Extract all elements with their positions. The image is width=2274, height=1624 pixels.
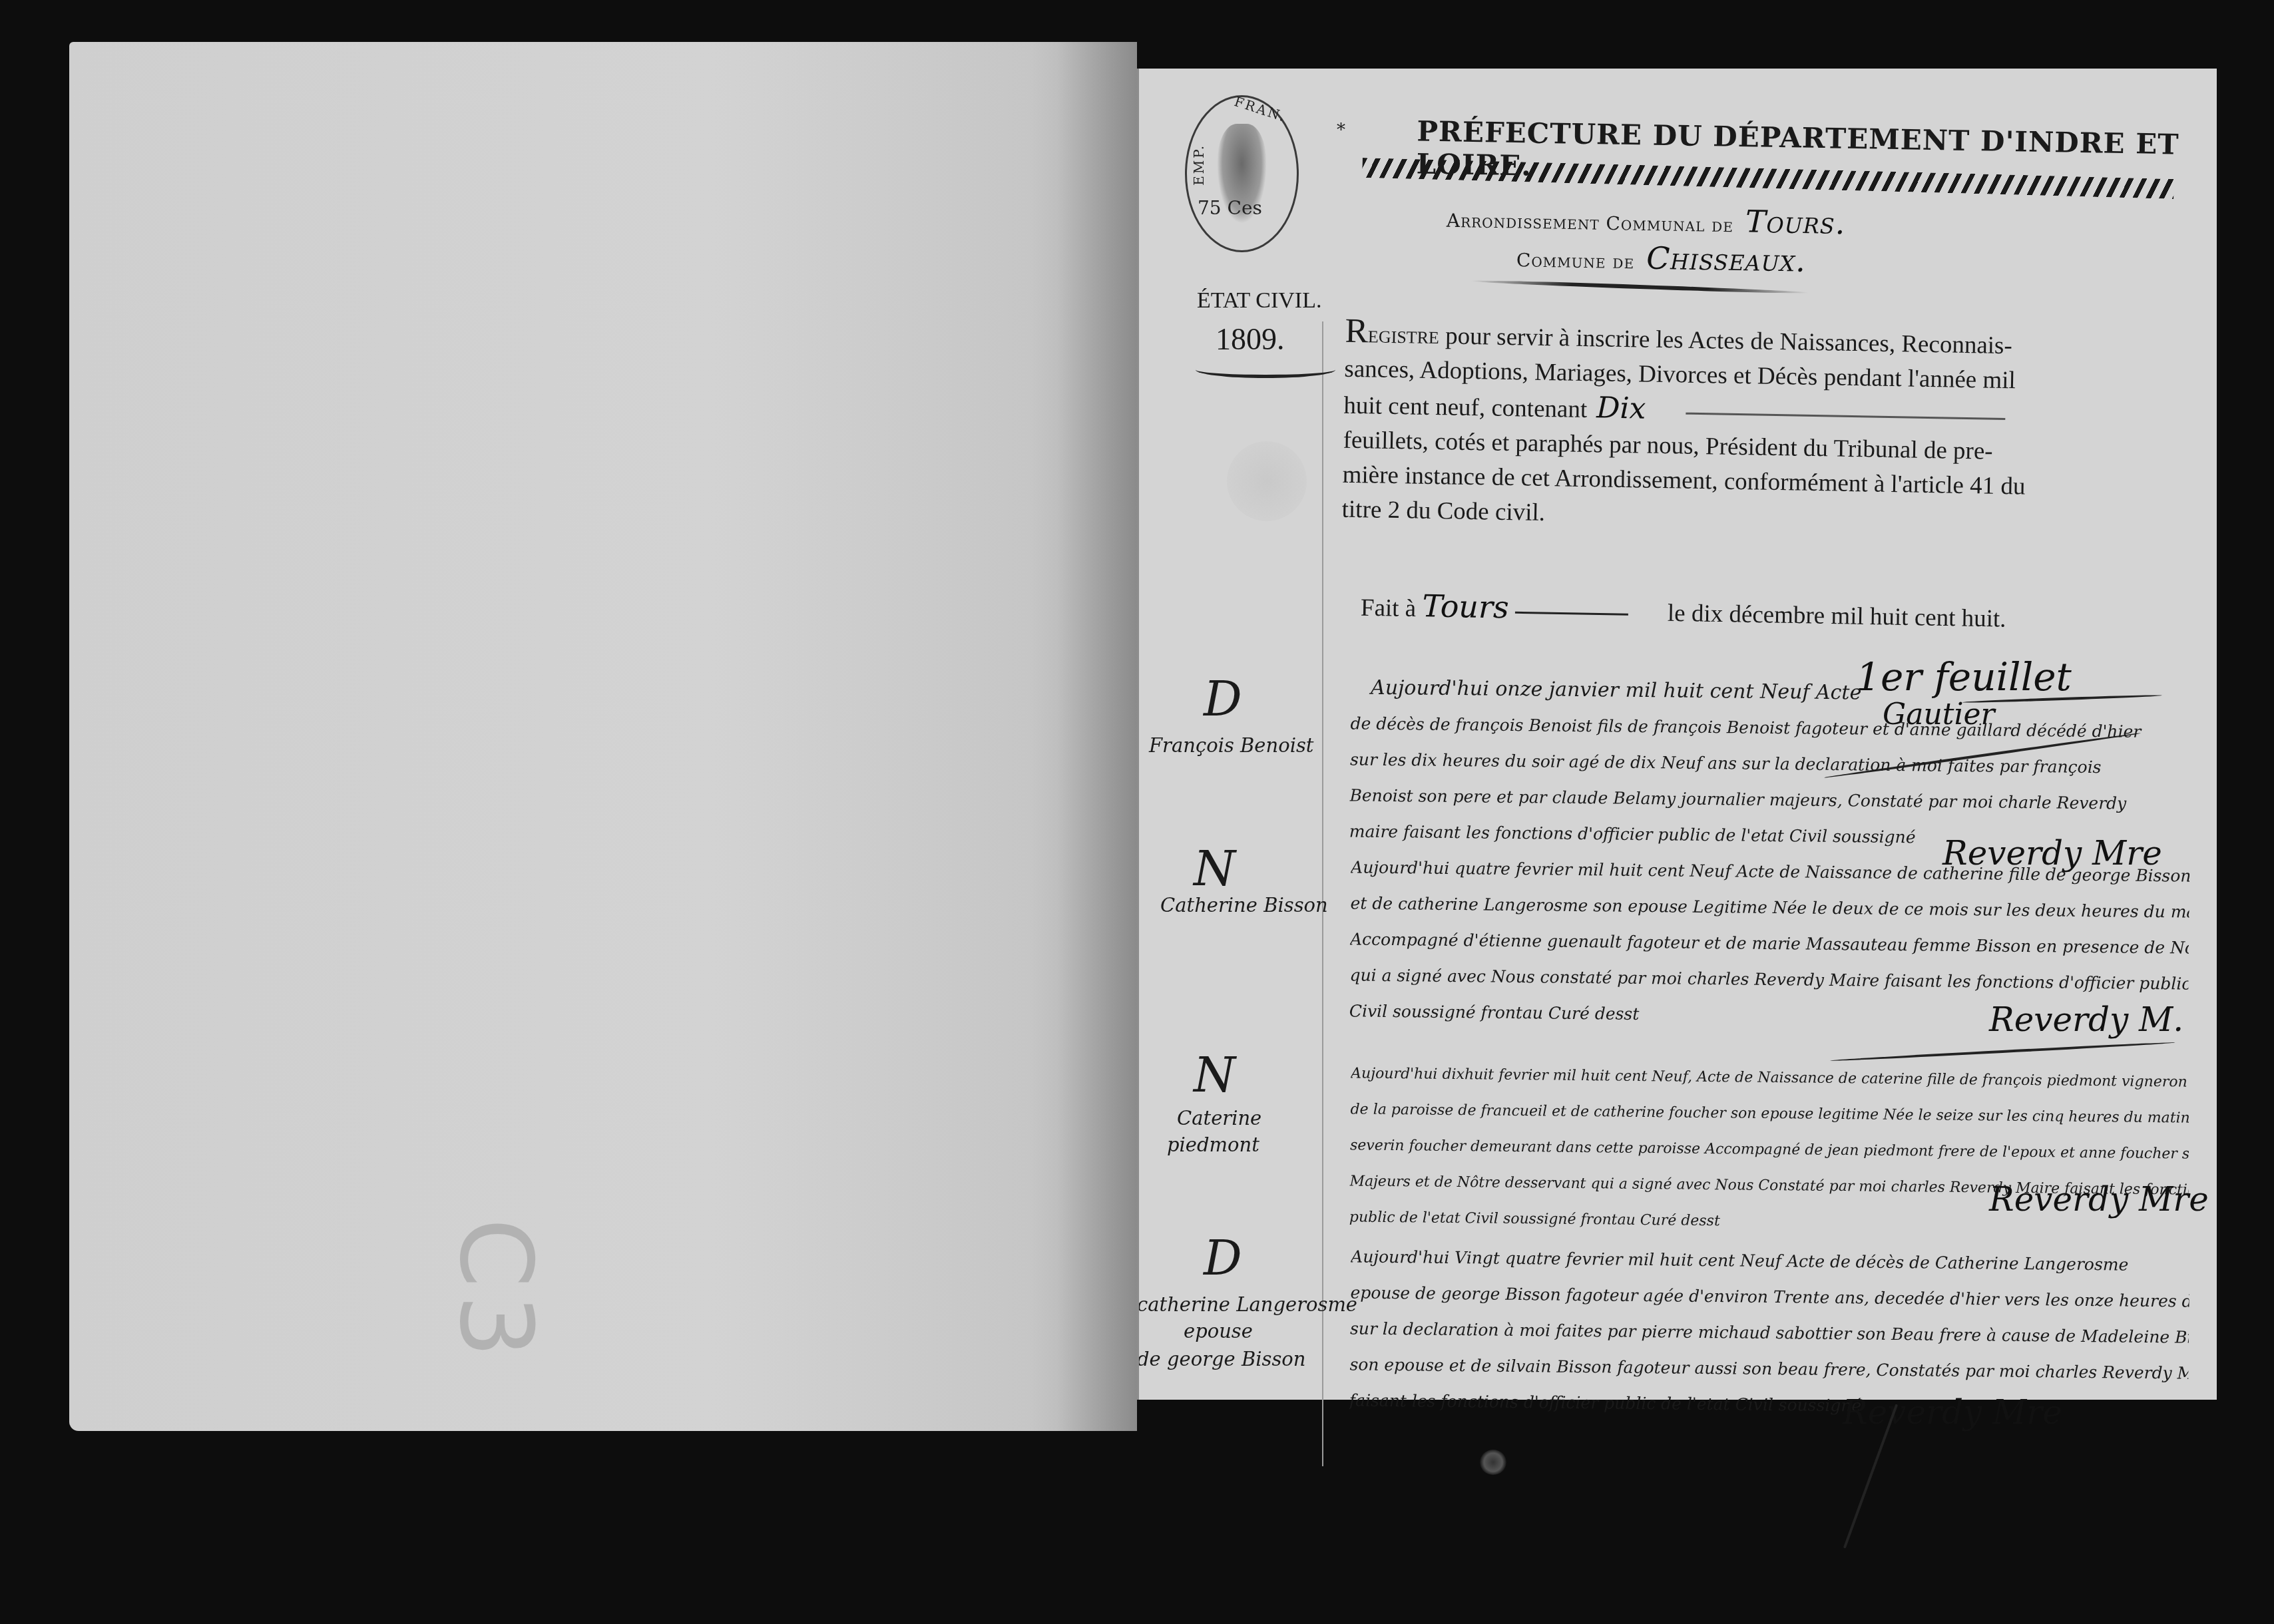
margin-name: Catherine Bisson bbox=[1160, 894, 1328, 916]
entry-1: Aujourd'hui onze janvier mil huit cent N… bbox=[1349, 670, 2190, 858]
left-page-blank: ARCHIVES C3 bbox=[69, 42, 1137, 1431]
seal-side-text: EMP. bbox=[1191, 144, 1207, 186]
ink-blot bbox=[1480, 1450, 1506, 1475]
commune-line: Commune de Chisseaux. bbox=[1516, 238, 1807, 279]
folio-count-handwritten: Dix bbox=[1596, 391, 1646, 425]
register-text: Registre pour servir à inscrire les Acte… bbox=[1341, 314, 2210, 542]
arrondissement-line: Arrondissement Communal de Tours. bbox=[1447, 198, 1846, 241]
margin-letter-death: D bbox=[1204, 1230, 1242, 1286]
seal-value: 75 Ces bbox=[1198, 197, 1262, 219]
flourish-line bbox=[1829, 1041, 2175, 1062]
fait-date: le dix décembre mil huit cent huit. bbox=[1668, 600, 2006, 633]
margin-letter-death: D bbox=[1204, 671, 1242, 727]
arrondissement-value: Tours. bbox=[1745, 204, 1845, 242]
register-year: 1809. bbox=[1216, 321, 1285, 357]
fait-rule bbox=[1515, 612, 1628, 616]
margin-letter-birth: N bbox=[1194, 1047, 1236, 1103]
fait-label: Fait à bbox=[1361, 594, 1417, 622]
mayor-signature: Reverdy Mre bbox=[1989, 1180, 2209, 1219]
margin-name: catherine Langerosme bbox=[1137, 1293, 1357, 1316]
margin-name: epouse bbox=[1184, 1320, 1253, 1342]
margin-name: de george Bisson bbox=[1137, 1348, 1305, 1370]
fait-place: Tours bbox=[1422, 588, 1509, 625]
tax-stamp-seal-icon: FRAN. EMP. 75 Ces bbox=[1185, 95, 1299, 252]
right-page: FRAN. EMP. 75 Ces * PRÉFECTURE DU DÉPART… bbox=[1137, 69, 2217, 1400]
blind-embossed-seal-icon bbox=[1227, 441, 1307, 521]
mayor-signature: Reverdy M. bbox=[1989, 1000, 2183, 1039]
brace-ornament bbox=[1196, 361, 1335, 378]
margin-name: Caterine bbox=[1177, 1107, 1261, 1129]
fait-line: Fait à Tours le dix décembre mil huit ce… bbox=[1361, 587, 2227, 638]
margin-name: piedmont bbox=[1167, 1133, 1259, 1156]
arrondissement-label: Arrondissement Communal de bbox=[1447, 210, 1734, 237]
commune-label: Commune de bbox=[1516, 249, 1635, 273]
etat-civil-label: ÉTAT CIVIL. bbox=[1197, 288, 1321, 313]
mayor-signature: Reverdy Mre bbox=[1843, 1393, 2062, 1432]
pencil-page-mark: C3 bbox=[437, 1218, 553, 1364]
asterisk-mark: * bbox=[1337, 120, 1345, 140]
book-gutter bbox=[1137, 69, 1139, 1400]
ornament-rule bbox=[1470, 279, 1809, 295]
seal-top-text: FRAN. bbox=[1232, 93, 1288, 125]
entry-4: Aujourd'hui Vingt quatre fevrier mil hui… bbox=[1349, 1239, 2190, 1427]
fill-rule bbox=[1686, 413, 2005, 420]
margin-letter-birth: N bbox=[1194, 841, 1236, 897]
margin-name: François Benoist bbox=[1149, 734, 1313, 757]
commune-value: Chisseaux. bbox=[1646, 240, 1807, 279]
